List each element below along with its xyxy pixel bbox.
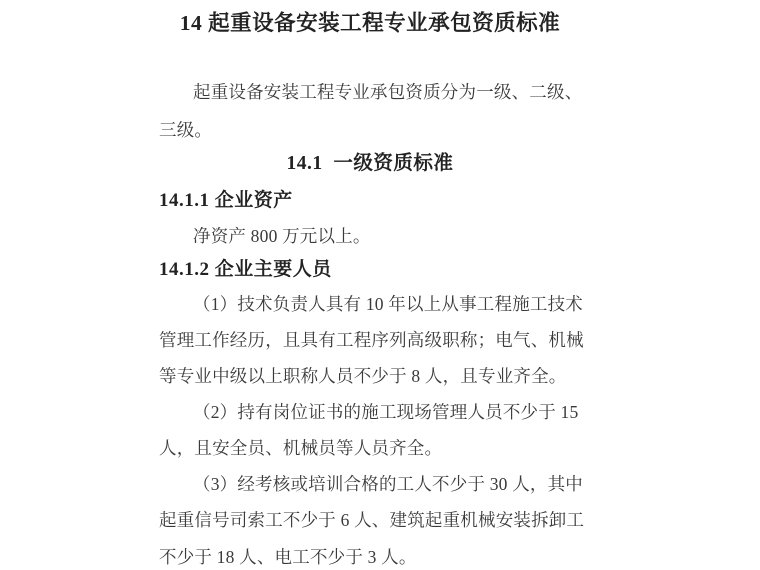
document-page: 14 起重设备安装工程专业承包资质标准 起重设备安装工程专业承包资质分为一级、二… (0, 0, 760, 570)
subsection-14-1-1-body: 净资产 800 万元以上。 (193, 226, 371, 247)
subsection-heading-14-1-1: 14.1.1 企业资产 (159, 190, 293, 213)
intro-line-1: 起重设备安装工程专业承包资质分为一级、二级、 (193, 82, 582, 103)
item-2-line-2: 人，且安全员、机械员等人员齐全。 (159, 438, 442, 459)
section-heading: 14.1 一级资质标准 (159, 152, 581, 175)
item-1-line-3: 等专业中级以上职称人员不少于 8 人，且专业齐全。 (159, 366, 567, 387)
subsection-heading-14-1-2: 14.1.2 企业主要人员 (159, 259, 332, 282)
chapter-title: 14 起重设备安装工程专业承包资质标准 (159, 11, 581, 37)
item-1-line-1: （1）技术负责人具有 10 年以上从事工程施工技术 (193, 294, 583, 315)
item-3-line-3: 不少于 18 人、电工不少于 3 人。 (159, 547, 417, 568)
intro-line-2: 三级。 (159, 120, 212, 141)
item-3-line-2: 起重信号司索工不少于 6 人、建筑起重机械安装拆卸工 (159, 510, 584, 531)
item-2-line-1: （2）持有岗位证书的施工现场管理人员不少于 15 (193, 402, 578, 423)
item-3-line-1: （3）经考核或培训合格的工人不少于 30 人，其中 (193, 474, 583, 495)
item-1-line-2: 管理工作经历，且具有工程序列高级职称；电气、机械 (159, 330, 584, 351)
